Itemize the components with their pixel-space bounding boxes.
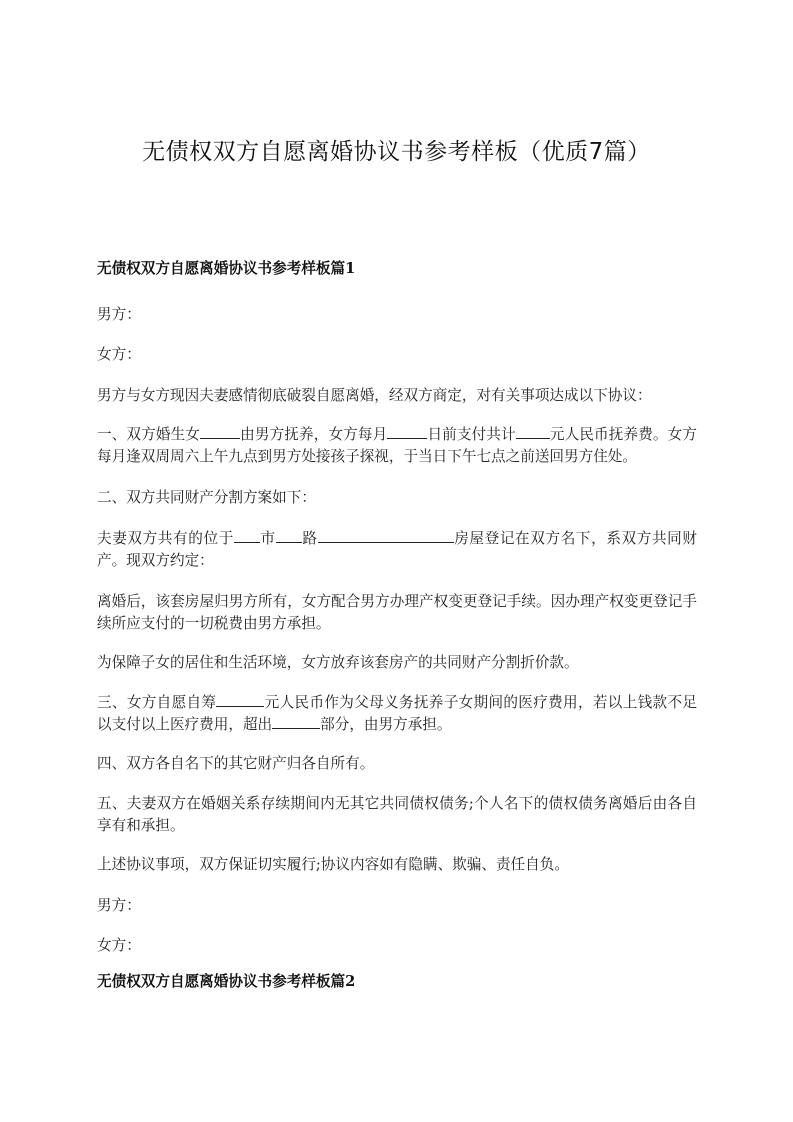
- property-text-c: 路: [302, 530, 318, 547]
- section-heading-2: 无债权双方自愿离婚协议书参考样板篇2: [97, 971, 697, 993]
- address-blank: [318, 528, 454, 543]
- female-party-label: 女方：: [97, 344, 697, 366]
- property-text-b: 市: [260, 530, 276, 547]
- clause-3-paragraph: 三、女方自愿自筹元人民币作为父母义务抚养子女期间的医疗费用，若以上钱款不足以支付…: [97, 692, 697, 736]
- property-paragraph: 夫妻双方共有的位于市路房屋登记在双方名下，系双方共同财产。现双方约定：: [97, 528, 697, 572]
- clause-1-paragraph: 一、双方婚生女由男方抚养，女方每月日前支付共计元人民币抚养费。女方每月逢双周周六…: [97, 424, 697, 468]
- clause-5-paragraph: 五、夫妻双方在婚姻关系存续期间内无其它共同债权债务;个人名下的债权债务离婚后由各…: [97, 793, 697, 837]
- clause-1-text-c: 日前支付共计: [427, 426, 515, 443]
- section-heading-1: 无债权双方自愿离婚协议书参考样板篇1: [97, 258, 697, 280]
- clause-4-paragraph: 四、双方各自名下的其它财产归各自所有。: [97, 753, 697, 775]
- clause-1-text-a: 一、双方婚生女: [97, 426, 200, 443]
- clause-1-text-b: 由男方抚养，女方每月: [240, 426, 387, 443]
- clause-2-heading: 二、双方共同财产分割方案如下：: [97, 487, 697, 509]
- property-after-divorce-paragraph: 离婚后，该套房屋归男方所有，女方配合男方办理产权变更登记手续。因办理产权变更登记…: [97, 591, 697, 635]
- medical-fund-blank: [216, 692, 264, 707]
- male-signature-label: 男方：: [97, 895, 697, 917]
- document-page: 无债权双方自愿离婚协议书参考样板（优质7篇） 无债权双方自愿离婚协议书参考样板篇…: [0, 0, 793, 1122]
- property-waiver-paragraph: 为保障子女的居住和生活环境，女方放弃该套房产的共同财产分割折价款。: [97, 652, 697, 674]
- female-signature-label: 女方：: [97, 935, 697, 957]
- document-body: 无债权双方自愿离婚协议书参考样板篇1 男方： 女方： 男方与女方现因夫妻感情彻底…: [97, 258, 697, 993]
- clause-3-text-a: 三、女方自愿自筹: [97, 694, 216, 711]
- support-amount-blank: [516, 424, 550, 439]
- daughter-name-blank: [200, 424, 240, 439]
- excess-amount-blank: [272, 714, 320, 729]
- city-blank: [234, 528, 260, 543]
- document-title: 无债权双方自愿离婚协议书参考样板（优质7篇）: [0, 136, 793, 168]
- clause-3-text-c: 部分，由男方承担。: [320, 716, 451, 733]
- property-text-a: 夫妻双方共有的位于: [97, 530, 234, 547]
- road-blank: [276, 528, 302, 543]
- guarantee-paragraph: 上述协议事项，双方保证切实履行;协议内容如有隐瞒、欺骗、责任自负。: [97, 854, 697, 876]
- intro-paragraph: 男方与女方现因夫妻感情彻底破裂自愿离婚，经双方商定，对有关事项达成以下协议：: [97, 385, 697, 407]
- male-party-label: 男方：: [97, 304, 697, 326]
- payment-day-blank: [387, 424, 427, 439]
